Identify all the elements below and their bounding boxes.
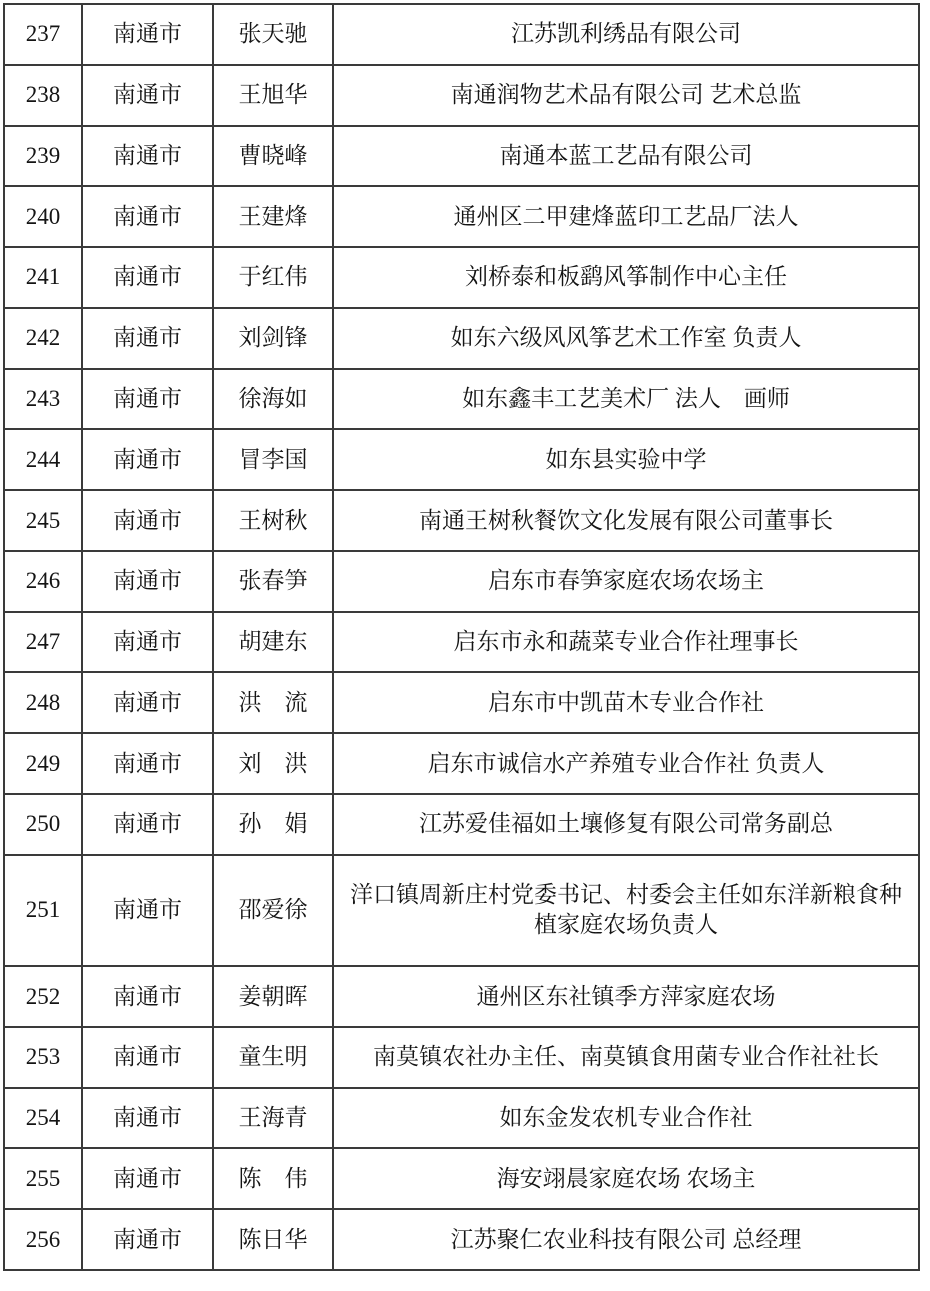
city-cell: 南通市 [82, 247, 213, 308]
person-name-cell: 孙 娟 [213, 794, 333, 855]
table-row: 241南通市于红伟刘桥泰和板鹞风筝制作中心主任 [4, 247, 919, 308]
row-number-cell: 251 [4, 855, 82, 966]
table-row: 237南通市张天驰江苏凯利绣品有限公司 [4, 4, 919, 65]
table-row: 254南通市王海青如东金发农机专业合作社 [4, 1088, 919, 1149]
table-row: 251南通市邵爱徐洋口镇周新庄村党委书记、村委会主任如东洋新粮食种植家庭农场负责… [4, 855, 919, 966]
person-name-cell: 王旭华 [213, 65, 333, 126]
table-row: 256南通市陈日华江苏聚仁农业科技有限公司 总经理 [4, 1209, 919, 1270]
row-number-cell: 253 [4, 1027, 82, 1088]
city-cell: 南通市 [82, 794, 213, 855]
organization-cell: 江苏聚仁农业科技有限公司 总经理 [333, 1209, 919, 1270]
table-row: 255南通市陈 伟海安翊晨家庭农场 农场主 [4, 1148, 919, 1209]
city-cell: 南通市 [82, 490, 213, 551]
organization-cell: 如东六级风风筝艺术工作室 负责人 [333, 308, 919, 369]
organization-cell: 启东市诚信水产养殖专业合作社 负责人 [333, 733, 919, 794]
city-cell: 南通市 [82, 1088, 213, 1149]
people-table-body: 237南通市张天驰江苏凯利绣品有限公司238南通市王旭华南通润物艺术品有限公司 … [4, 4, 919, 1270]
city-cell: 南通市 [82, 672, 213, 733]
person-name-cell: 冒李国 [213, 429, 333, 490]
city-cell: 南通市 [82, 1209, 213, 1270]
city-cell: 南通市 [82, 855, 213, 966]
row-number-cell: 255 [4, 1148, 82, 1209]
organization-cell: 启东市中凯苗木专业合作社 [333, 672, 919, 733]
person-name-cell: 徐海如 [213, 369, 333, 430]
city-cell: 南通市 [82, 733, 213, 794]
city-cell: 南通市 [82, 551, 213, 612]
row-number-cell: 239 [4, 126, 82, 187]
person-name-cell: 刘 洪 [213, 733, 333, 794]
row-number-cell: 244 [4, 429, 82, 490]
city-cell: 南通市 [82, 966, 213, 1027]
organization-cell: 刘桥泰和板鹞风筝制作中心主任 [333, 247, 919, 308]
people-table: 237南通市张天驰江苏凯利绣品有限公司238南通市王旭华南通润物艺术品有限公司 … [3, 3, 920, 1271]
person-name-cell: 胡建东 [213, 612, 333, 673]
table-row: 246南通市张春笋启东市春笋家庭农场农场主 [4, 551, 919, 612]
city-cell: 南通市 [82, 1027, 213, 1088]
organization-cell: 江苏凯利绣品有限公司 [333, 4, 919, 65]
table-row: 247南通市胡建东启东市永和蔬菜专业合作社理事长 [4, 612, 919, 673]
organization-cell: 江苏爱佳福如土壤修复有限公司常务副总 [333, 794, 919, 855]
organization-cell: 洋口镇周新庄村党委书记、村委会主任如东洋新粮食种植家庭农场负责人 [333, 855, 919, 966]
person-name-cell: 洪 流 [213, 672, 333, 733]
row-number-cell: 240 [4, 186, 82, 247]
person-name-cell: 王建烽 [213, 186, 333, 247]
organization-cell: 南通本蓝工艺品有限公司 [333, 126, 919, 187]
organization-cell: 南莫镇农社办主任、南莫镇食用菌专业合作社社长 [333, 1027, 919, 1088]
table-row: 253南通市童生明南莫镇农社办主任、南莫镇食用菌专业合作社社长 [4, 1027, 919, 1088]
organization-cell: 如东县实验中学 [333, 429, 919, 490]
row-number-cell: 250 [4, 794, 82, 855]
row-number-cell: 237 [4, 4, 82, 65]
organization-cell: 启东市永和蔬菜专业合作社理事长 [333, 612, 919, 673]
city-cell: 南通市 [82, 1148, 213, 1209]
person-name-cell: 张春笋 [213, 551, 333, 612]
table-row: 250南通市孙 娟江苏爱佳福如土壤修复有限公司常务副总 [4, 794, 919, 855]
table-row: 252南通市姜朝晖通州区东社镇季方萍家庭农场 [4, 966, 919, 1027]
table-row: 238南通市王旭华南通润物艺术品有限公司 艺术总监 [4, 65, 919, 126]
person-name-cell: 王树秋 [213, 490, 333, 551]
person-name-cell: 邵爱徐 [213, 855, 333, 966]
table-row: 239南通市曹晓峰南通本蓝工艺品有限公司 [4, 126, 919, 187]
row-number-cell: 247 [4, 612, 82, 673]
organization-cell: 南通润物艺术品有限公司 艺术总监 [333, 65, 919, 126]
organization-cell: 南通王树秋餐饮文化发展有限公司董事长 [333, 490, 919, 551]
organization-cell: 如东金发农机专业合作社 [333, 1088, 919, 1149]
table-row: 248南通市洪 流启东市中凯苗木专业合作社 [4, 672, 919, 733]
row-number-cell: 243 [4, 369, 82, 430]
organization-cell: 通州区二甲建烽蓝印工艺品厂法人 [333, 186, 919, 247]
person-name-cell: 曹晓峰 [213, 126, 333, 187]
city-cell: 南通市 [82, 369, 213, 430]
row-number-cell: 238 [4, 65, 82, 126]
person-name-cell: 陈 伟 [213, 1148, 333, 1209]
row-number-cell: 246 [4, 551, 82, 612]
table-row: 243南通市徐海如如东鑫丰工艺美术厂 法人 画师 [4, 369, 919, 430]
person-name-cell: 陈日华 [213, 1209, 333, 1270]
table-row: 245南通市王树秋南通王树秋餐饮文化发展有限公司董事长 [4, 490, 919, 551]
city-cell: 南通市 [82, 308, 213, 369]
table-row: 240南通市王建烽通州区二甲建烽蓝印工艺品厂法人 [4, 186, 919, 247]
person-name-cell: 姜朝晖 [213, 966, 333, 1027]
person-name-cell: 王海青 [213, 1088, 333, 1149]
organization-cell: 启东市春笋家庭农场农场主 [333, 551, 919, 612]
city-cell: 南通市 [82, 65, 213, 126]
person-name-cell: 于红伟 [213, 247, 333, 308]
table-row: 244南通市冒李国如东县实验中学 [4, 429, 919, 490]
person-name-cell: 张天驰 [213, 4, 333, 65]
city-cell: 南通市 [82, 4, 213, 65]
organization-cell: 通州区东社镇季方萍家庭农场 [333, 966, 919, 1027]
row-number-cell: 252 [4, 966, 82, 1027]
table-row: 242南通市刘剑锋如东六级风风筝艺术工作室 负责人 [4, 308, 919, 369]
document-page: 237南通市张天驰江苏凯利绣品有限公司238南通市王旭华南通润物艺术品有限公司 … [0, 0, 930, 1291]
city-cell: 南通市 [82, 126, 213, 187]
city-cell: 南通市 [82, 612, 213, 673]
organization-cell: 海安翊晨家庭农场 农场主 [333, 1148, 919, 1209]
row-number-cell: 254 [4, 1088, 82, 1149]
row-number-cell: 242 [4, 308, 82, 369]
city-cell: 南通市 [82, 429, 213, 490]
row-number-cell: 248 [4, 672, 82, 733]
row-number-cell: 245 [4, 490, 82, 551]
city-cell: 南通市 [82, 186, 213, 247]
row-number-cell: 241 [4, 247, 82, 308]
person-name-cell: 刘剑锋 [213, 308, 333, 369]
organization-cell: 如东鑫丰工艺美术厂 法人 画师 [333, 369, 919, 430]
table-row: 249南通市刘 洪启东市诚信水产养殖专业合作社 负责人 [4, 733, 919, 794]
row-number-cell: 256 [4, 1209, 82, 1270]
row-number-cell: 249 [4, 733, 82, 794]
person-name-cell: 童生明 [213, 1027, 333, 1088]
